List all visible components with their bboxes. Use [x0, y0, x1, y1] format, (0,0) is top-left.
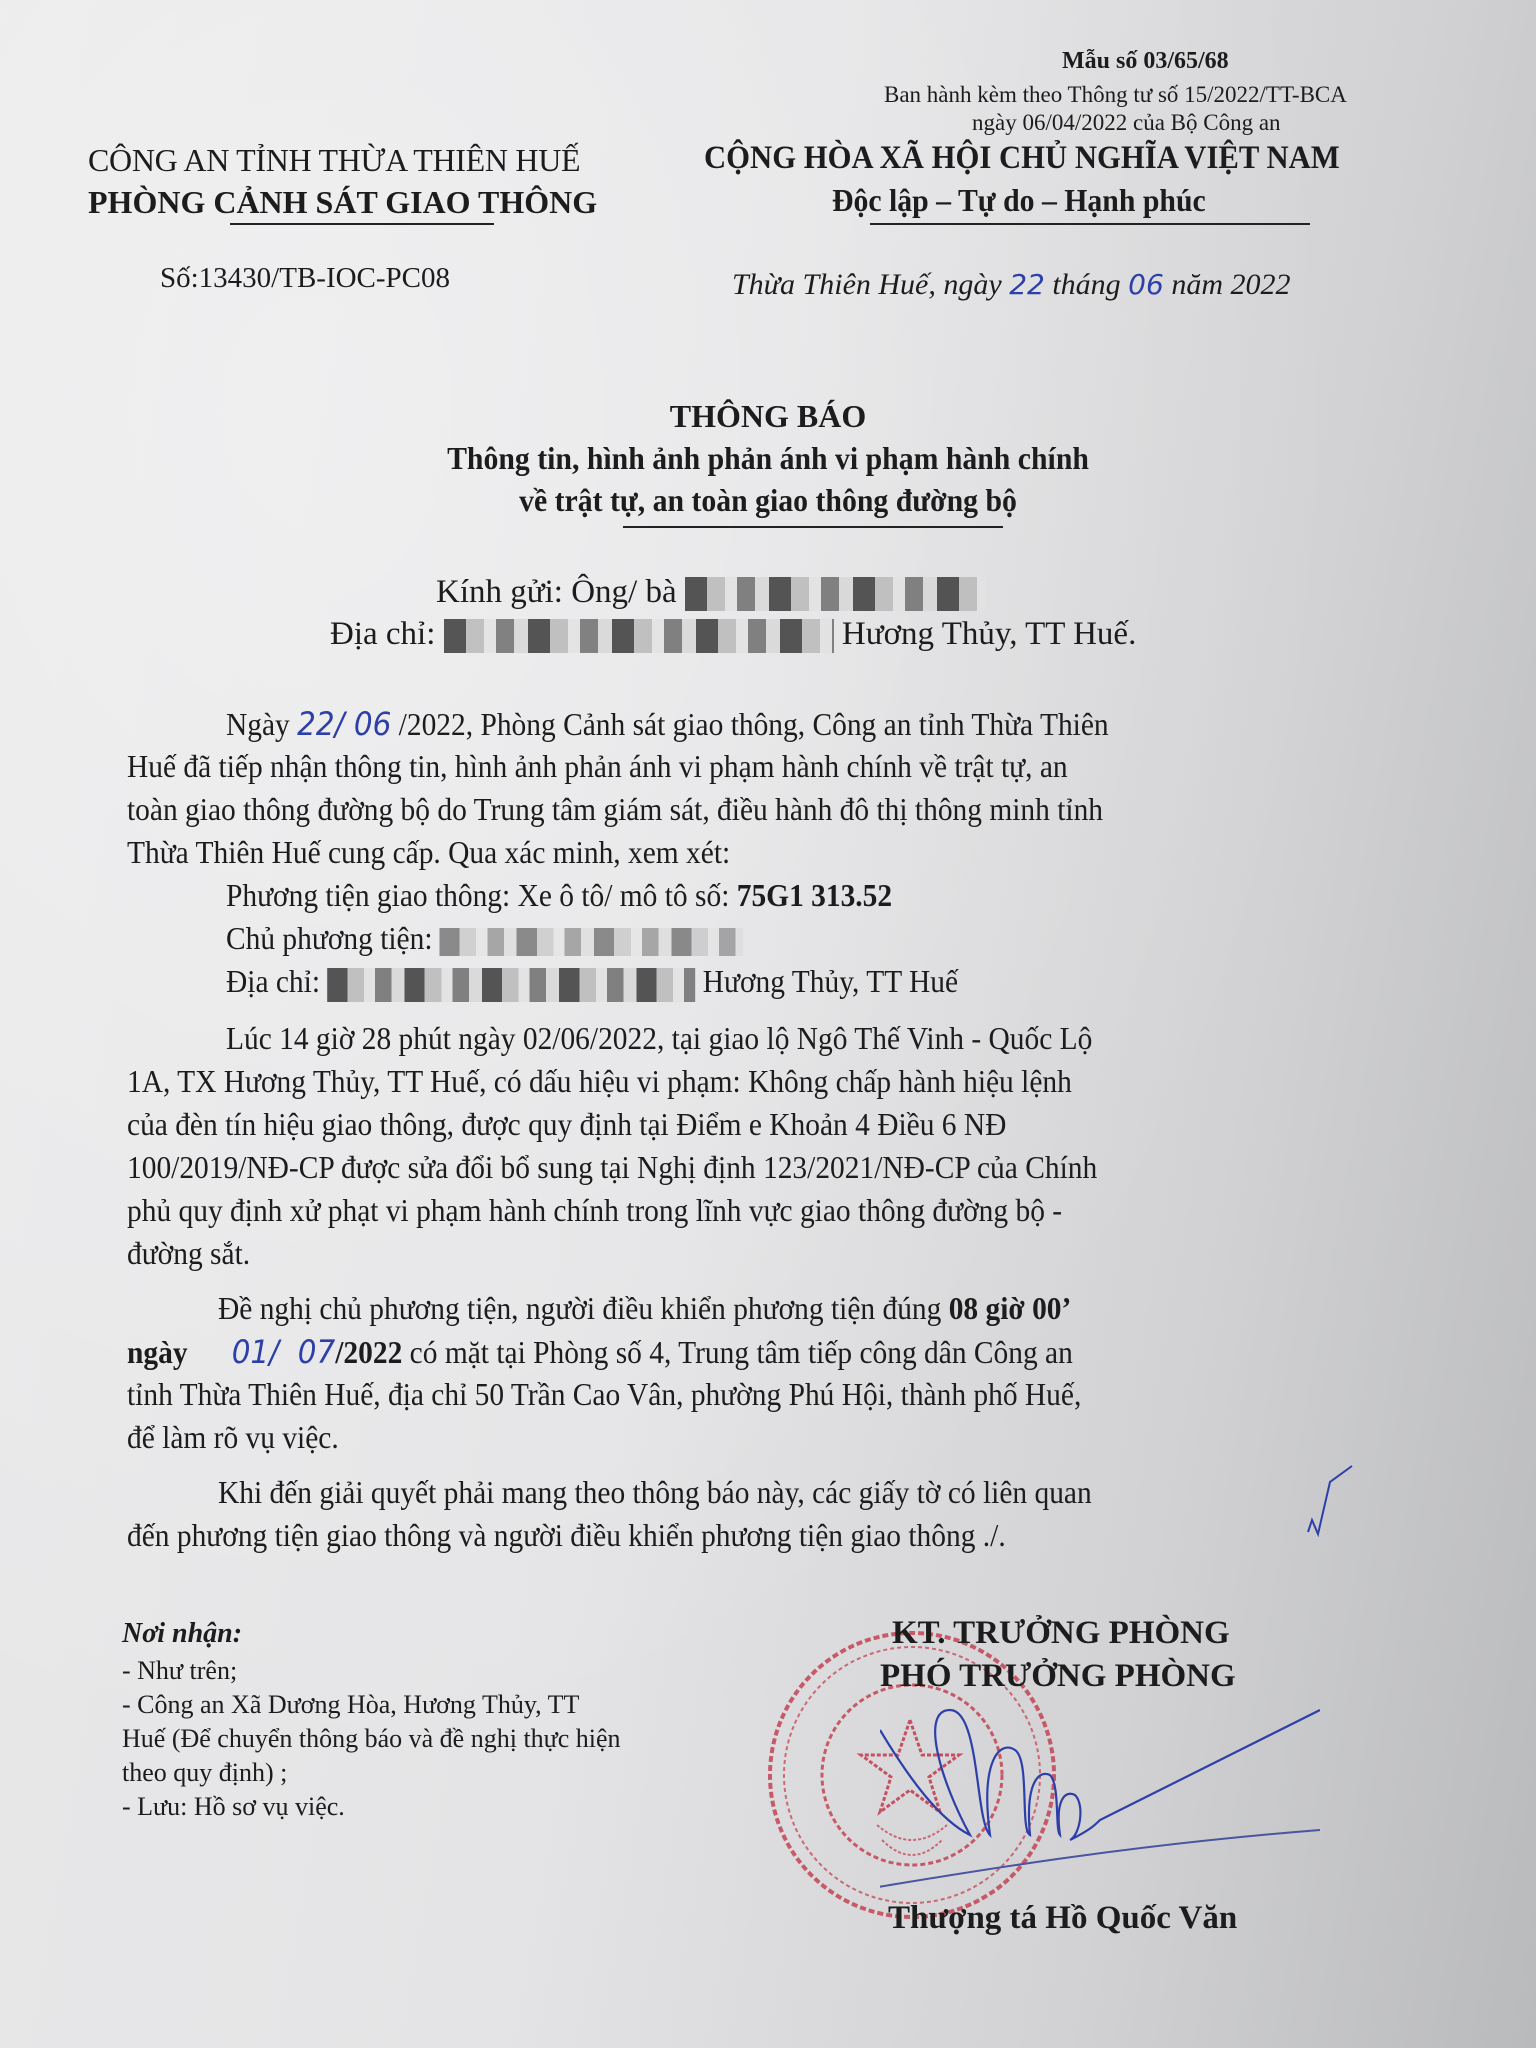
- address-label: Địa chỉ:: [330, 616, 444, 652]
- owner-label: Chủ phương tiện:: [226, 920, 440, 956]
- handwritten-signature-icon: [880, 1700, 1320, 1900]
- form-code: Mẫu số 03/65/68: [1062, 48, 1229, 75]
- recipient-item-1: - Như trên;: [122, 1656, 237, 1686]
- request-line-1: Đề nghị chủ phương tiện, người điều khiể…: [218, 1290, 1071, 1327]
- request-line-4: để làm rõ vụ việc.: [127, 1419, 339, 1456]
- recipient-item-3: - Lưu: Hồ sơ vụ việc.: [122, 1792, 345, 1822]
- signature-role-line-1: KT. TRƯỞNG PHÒNG: [892, 1615, 1230, 1652]
- agency-underline: [230, 223, 494, 225]
- day-label: ngày: [127, 1334, 188, 1370]
- appointment-time: 08 giờ 00’: [949, 1290, 1072, 1326]
- recipient-item-2-cont: Huế (Để chuyển thông báo và đề nghị thực…: [122, 1724, 621, 1754]
- place-date: Thừa Thiên Huế, ngày 22 tháng 06 năm 202…: [732, 268, 1290, 302]
- recipients-title: Nơi nhận:: [122, 1618, 242, 1650]
- recipient-line: Kính gửi: Ông/ bà: [436, 574, 985, 611]
- redacted-owner: [440, 928, 744, 956]
- handwritten-appointment-day: 01: [232, 1333, 269, 1371]
- title-underline: [623, 526, 1003, 528]
- vehicle-label: Phương tiện giao thông: Xe ô tô/ mô tô s…: [226, 877, 737, 913]
- violation-line-1: Lúc 14 giờ 28 phút ngày 02/06/2022, tại …: [226, 1020, 1092, 1057]
- redacted-name: [685, 577, 985, 611]
- motto-underline: [870, 223, 1310, 225]
- appointment-year: /2022: [335, 1334, 402, 1370]
- signature-role-line-2: PHÓ TRƯỞNG PHÒNG: [880, 1658, 1236, 1695]
- agency-department: PHÒNG CẢNH SÁT GIAO THÔNG: [88, 184, 597, 221]
- place-date-prefix: Thừa Thiên Huế, ngày: [732, 268, 1009, 301]
- date-separator: /: [335, 705, 354, 743]
- nation-heading: CỘNG HÒA XÃ HỘI CHỦ NGHĨA VIỆT NAM: [704, 140, 1340, 177]
- handwritten-month: 06: [1128, 268, 1164, 301]
- body-p1-line-3: toàn giao thông đường bộ do Trung tâm gi…: [127, 791, 1103, 828]
- redacted-owner-address: [327, 968, 695, 1002]
- handwritten-received-month: 06: [354, 705, 391, 743]
- body-p1-line-1: Ngày 22/ 06 /2022, Phòng Cảnh sát giao t…: [226, 705, 1109, 743]
- document-subtitle-line-2: về trật tự, an toàn giao thông đường bộ: [54, 482, 1482, 519]
- address-suffix: Hương Thủy, TT Huế.: [834, 616, 1137, 652]
- closing-line-2: đến phương tiện giao thông và người điều…: [127, 1517, 1006, 1554]
- handwritten-appointment-month: 07: [298, 1333, 335, 1371]
- violation-line-3: của đèn tín hiệu giao thông, được quy đị…: [127, 1106, 1006, 1143]
- request-line-3: tỉnh Thừa Thiên Huế, địa chỉ 50 Trần Cao…: [127, 1376, 1081, 1413]
- owner-address-suffix: Hương Thủy, TT Huế: [695, 963, 958, 999]
- p1-prefix: Ngày: [226, 706, 297, 742]
- recipient-address-line: Địa chỉ: Hương Thủy, TT Huế.: [330, 616, 1136, 653]
- national-motto: Độc lập – Tự do – Hạnh phúc: [832, 182, 1206, 219]
- owner-address-line: Địa chỉ: Hương Thủy, TT Huế: [226, 963, 958, 1002]
- redacted-address: [444, 619, 834, 653]
- license-plate: 75G1 313.52: [737, 877, 892, 913]
- violation-line-5: phủ quy định xử phạt vi phạm hành chính …: [127, 1192, 1062, 1229]
- owner-address-label: Địa chỉ:: [226, 963, 327, 999]
- recipient-label: Kính gửi: Ông/ bà: [436, 574, 685, 610]
- body-p1-line-2: Huế đã tiếp nhận thông tin, hình ảnh phả…: [127, 748, 1068, 785]
- form-issued-by: Ban hành kèm theo Thông tư số 15/2022/TT…: [884, 82, 1347, 108]
- handwritten-received-day: 22: [297, 705, 334, 743]
- signer-name: Thượng tá Hồ Quốc Văn: [888, 1900, 1237, 1937]
- violation-line-4: 100/2019/NĐ-CP được sửa đổi bổ sung tại …: [127, 1149, 1097, 1186]
- owner-line: Chủ phương tiện:: [226, 920, 743, 957]
- month-label: tháng: [1045, 268, 1128, 301]
- agency-parent: CÔNG AN TỈNH THỪA THIÊN HUẾ: [88, 142, 580, 179]
- recipient-item-2-cont-2: theo quy định) ;: [122, 1758, 287, 1788]
- form-issued-date: ngày 06/04/2022 của Bộ Công an: [972, 110, 1281, 136]
- document-number: Số:13430/TB-IOC-PC08: [160, 262, 450, 295]
- vehicle-line: Phương tiện giao thông: Xe ô tô/ mô tô s…: [226, 877, 892, 914]
- document-title: THÔNG BÁO: [0, 398, 1536, 435]
- body-p1-line-4: Thừa Thiên Huế cung cấp. Qua xác minh, x…: [127, 834, 730, 871]
- request-line-2-rest: có mặt tại Phòng số 4, Trung tâm tiếp cô…: [402, 1334, 1073, 1370]
- violation-line-2: 1A, TX Hương Thủy, TT Huế, có dấu hiệu v…: [127, 1063, 1072, 1100]
- recipient-item-2: - Công an Xã Dương Hòa, Hương Thủy, TT: [122, 1690, 579, 1720]
- year-label: năm 2022: [1164, 268, 1291, 301]
- handwritten-day: 22: [1009, 268, 1045, 301]
- p1-rest: /2022, Phòng Cảnh sát giao thông, Công a…: [391, 706, 1108, 742]
- handwritten-checkmark-icon: [1290, 1462, 1380, 1542]
- violation-line-6: đường sắt.: [127, 1235, 250, 1272]
- request-prefix: Đề nghị chủ phương tiện, người điều khiể…: [218, 1290, 949, 1326]
- document-subtitle-line-1: Thông tin, hình ảnh phản ánh vi phạm hàn…: [54, 440, 1482, 477]
- closing-line-1: Khi đến giải quyết phải mang theo thông …: [218, 1474, 1092, 1511]
- request-line-2: ngày 01/ 07/2022 có mặt tại Phòng số 4, …: [127, 1333, 1073, 1371]
